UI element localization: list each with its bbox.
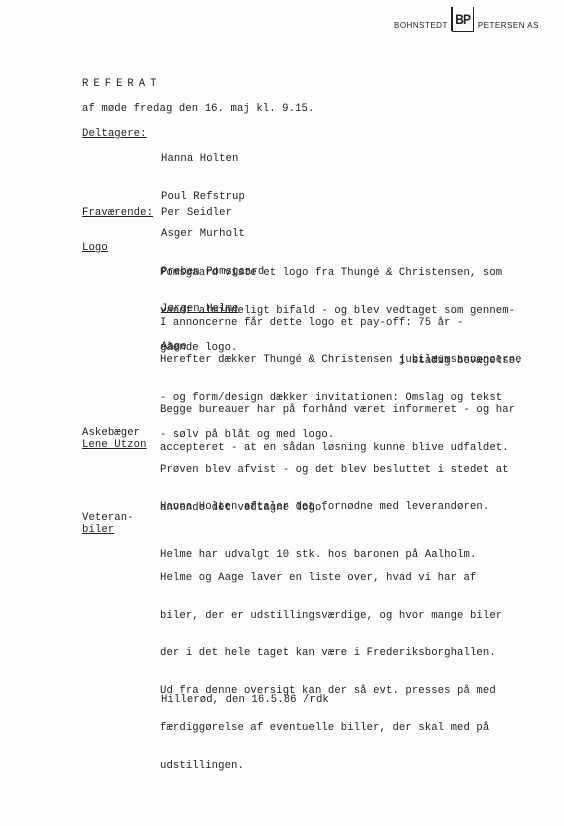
meeting-line: af møde fredag den 16. maj kl. 9.15. xyxy=(82,103,314,116)
text-line: Herefter dækker Thungé & Christensen jub… xyxy=(160,354,522,367)
letterhead-left: BOHNSTEDT xyxy=(394,21,448,30)
participant: Hanna Holten xyxy=(161,153,264,166)
text-line: Hanna Holten aftaler det fornødne med le… xyxy=(160,501,489,514)
participant: Asger Murholt xyxy=(161,228,264,241)
section-label-veteran: Veteran- xyxy=(82,512,134,525)
text-line: Pomsgaard viste et logo fra Thungé & Chr… xyxy=(160,267,515,280)
letterhead: BOHNSTEDT BP PETERSEN AS xyxy=(394,6,539,32)
participant: Poul Refstrup xyxy=(161,191,264,204)
section-label-lene-utzon: Lene Utzon xyxy=(82,439,147,452)
absent-label: Fraværende: xyxy=(82,207,153,220)
absent-name: Per Seidler xyxy=(161,207,232,220)
text-line: Prøven blev afvist - og det blev beslutt… xyxy=(160,464,509,477)
text-line: færdiggørelse af eventuelle biller, der … xyxy=(160,722,502,735)
text-line: I annoncerne får dette logo et pay-off: … xyxy=(160,317,522,330)
text-line: der i det hele taget kan være i Frederik… xyxy=(160,647,502,660)
document-page: BOHNSTEDT BP PETERSEN AS REFERAT af møde… xyxy=(0,0,564,826)
section-label-biler: biler xyxy=(82,524,114,537)
veteran-paragraph-2: Helme og Aage laver en liste over, hvad … xyxy=(160,547,502,797)
signature-line: Hillerød, den 16.5.86 /rdk xyxy=(161,694,329,707)
section-label-logo: Logo xyxy=(82,242,108,255)
document-title: REFERAT xyxy=(82,78,162,91)
section-label-askebaeger: Askebæger xyxy=(82,427,140,440)
bp-logo-icon: BP xyxy=(452,7,474,32)
text-line: udstillingen. xyxy=(160,760,502,773)
text-line: Begge bureauer har på forhånd været info… xyxy=(160,404,515,417)
letterhead-right: PETERSEN AS xyxy=(478,21,539,30)
text-line: biler, der er udstillingsværdige, og hvo… xyxy=(160,610,502,623)
text-line: Helme og Aage laver en liste over, hvad … xyxy=(160,572,502,585)
participants-label: Deltagere: xyxy=(82,128,147,141)
bp-logo-text: BP xyxy=(455,11,470,27)
